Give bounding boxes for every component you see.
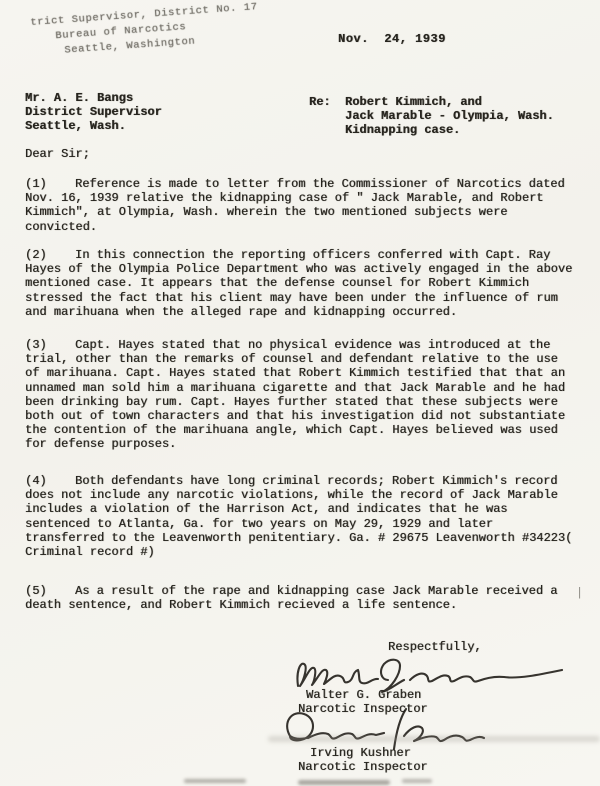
signer-name: Walter G. Graben xyxy=(306,688,421,702)
scan-smudge xyxy=(184,779,246,783)
paragraph-1: (1)Reference is made to letter from the … xyxy=(25,177,578,234)
scan-smudge xyxy=(268,736,600,742)
paragraph-text: Both defendants have long criminal recor… xyxy=(25,474,572,559)
paragraph-number: (1) xyxy=(25,177,75,191)
scan-smudge xyxy=(402,779,432,783)
paragraph-text: Reference is made to letter from the Com… xyxy=(25,177,565,234)
paragraph-number: (4) xyxy=(25,474,75,488)
re-subject: Robert Kimmich, and Jack Marable - Olymp… xyxy=(345,95,554,138)
salutation: Dear Sir; xyxy=(25,147,90,161)
re-label: Re: xyxy=(309,95,331,109)
paragraph-number: (2) xyxy=(25,248,75,262)
document-page: trict Supervisor, District No. 17 Bureau… xyxy=(0,0,600,786)
paragraph-number: (3) xyxy=(25,338,75,352)
letter-date: Nov. 24, 1939 xyxy=(338,32,446,46)
re-subject-line: Robert Kimmich, and xyxy=(345,95,554,109)
paragraph-text: In this connection the reporting officer… xyxy=(25,248,572,319)
re-subject-line: Kidnapping case. xyxy=(345,123,554,137)
paragraph-text: As a result of the rape and kidnapping c… xyxy=(25,584,557,612)
scan-smudge xyxy=(298,780,390,785)
paragraph-3: (3)Capt. Hayes stated that no physical e… xyxy=(25,338,578,452)
signer-name: Irving Kushner xyxy=(310,746,411,760)
sender-stamp: trict Supervisor, District No. 17 Bureau… xyxy=(30,0,260,61)
scan-mark: | xyxy=(576,586,583,600)
paragraph-number: (5) xyxy=(25,584,75,598)
recipient-city: Seattle, Wash. xyxy=(25,119,162,133)
paragraph-5: (5)As a result of the rape and kidnappin… xyxy=(25,584,578,612)
signer-title: Narcotic Inspector xyxy=(298,760,428,774)
paragraph-text: Capt. Hayes stated that no physical evid… xyxy=(25,338,565,451)
re-subject-line: Jack Marable - Olympia, Wash. xyxy=(345,109,554,123)
recipient-name: Mr. A. E. Bangs xyxy=(25,91,162,105)
recipient-address: Mr. A. E. Bangs District Supervisor Seat… xyxy=(25,91,162,134)
recipient-title: District Supervisor xyxy=(25,105,162,119)
paragraph-4: (4)Both defendants have long criminal re… xyxy=(25,474,578,559)
paragraph-2: (2)In this connection the reporting offi… xyxy=(25,248,578,319)
